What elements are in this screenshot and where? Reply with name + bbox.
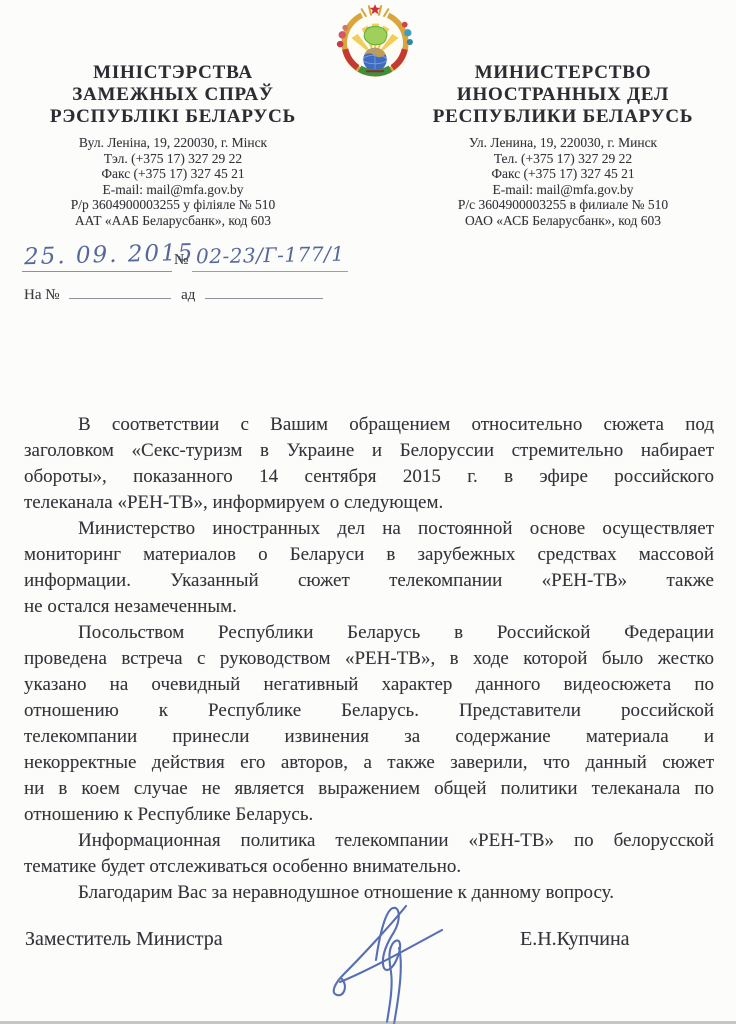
body-line: заголовком «Секс-туризм в Украине и Бело… [24,438,714,464]
form-underline [205,284,323,299]
body-line: ни в коем случае не является выражением … [24,776,714,802]
contact-line: Р/с 3604900003255 в филиале № 510 [404,197,722,213]
ministry-name-line: РЭСПУБЛІКІ БЕЛАРУСЬ [26,106,320,128]
contact-block: Ул. Ленина, 19, 220030, г. Минск Тел. (+… [404,135,722,229]
body-line: телекомпании принесли извинения за содер… [24,724,714,750]
body-line: телеканала «РЕН-ТВ», информируем о следу… [24,490,714,516]
body-line: некорректные действия его авторов, а так… [24,750,714,776]
contact-block: Вул. Леніна, 19, 220030, г. Мінск Тэл. (… [26,135,320,229]
form-underline [69,284,171,299]
ministry-name-line: МИНИСТЕРСТВО [404,62,722,84]
from-label: ад [181,287,195,303]
body-line: В соответствии с Вашим обращением относи… [24,412,714,438]
body-line: мониторинг материалов о Беларуси в заруб… [24,542,714,568]
letter-body: В соответствии с Вашим обращением относи… [24,412,714,906]
body-line: проведена встреча с руководством «РЕН-ТВ… [24,646,714,672]
contact-line: Ул. Ленина, 19, 220030, г. Минск [404,135,722,151]
number-sign-label: № [174,252,188,269]
contact-line: Вул. Леніна, 19, 220030, г. Мінск [26,135,320,151]
reference-block: 25. 09. 2015 № 02-23/Г-177/1 На № ад [24,240,364,310]
body-line: Посольством Республики Беларусь в Россий… [24,620,714,646]
signoff-name: Е.Н.Купчина [520,928,630,951]
scanned-letter-page: МІНІСТЭРСТВА ЗАМЕЖНЫХ СПРАЎ РЭСПУБЛІКІ Б… [0,0,736,1024]
body-line: Министерство иностранных дел на постоянн… [24,516,714,542]
letterhead-right: МИНИСТЕРСТВО ИНОСТРАННЫХ ДЕЛ РЕСПУБЛИКИ … [404,62,722,229]
body-paragraph: Министерство иностранных дел на постоянн… [24,516,714,620]
ministry-name-line: МІНІСТЭРСТВА [26,62,320,84]
body-line: тематике будет отслеживаться особенно вн… [24,854,714,880]
body-line: обороты», показанного 14 сентября 2015 г… [24,464,714,490]
letterhead-left: МІНІСТЭРСТВА ЗАМЕЖНЫХ СПРАЎ РЭСПУБЛІКІ Б… [26,62,320,229]
contact-line: Р/р 3604900003255 у філіяле № 510 [26,197,320,213]
handwritten-signature-icon [320,896,452,1024]
contact-line: E-mail: mail@mfa.gov.by [26,182,320,198]
contact-line: Тэл. (+375 17) 327 29 22 [26,151,320,167]
contact-line: Тел. (+375 17) 327 29 22 [404,151,722,167]
contact-line: E-mail: mail@mfa.gov.by [404,182,722,198]
ministry-name-line: РЕСПУБЛИКИ БЕЛАРУСЬ [404,106,722,128]
handwritten-doc-number: 02-23/Г-177/1 [196,242,345,269]
body-line: Информационная политика телекомпании «РЕ… [24,828,714,854]
incoming-reference-line: На № ад [24,284,323,304]
body-paragraph: Посольством Республики Беларусь в Россий… [24,620,714,828]
form-underline [22,271,172,272]
signoff-position: Заместитель Министра [25,928,223,951]
body-line: указано на очевидный негативный характер… [24,672,714,698]
handwritten-date: 25. 09. 2015 [24,240,195,270]
contact-line: ААТ «ААБ Беларусбанк», код 603 [26,213,320,229]
contact-line: Факс (+375 17) 327 45 21 [404,166,722,182]
body-paragraph: Информационная политика телекомпании «РЕ… [24,828,714,880]
body-paragraph: В соответствии с Вашим обращением относи… [24,412,714,516]
contact-line: ОАО «АСБ Беларусбанк», код 603 [404,213,722,229]
body-line: отношению к Республике Беларусь. [24,802,714,828]
ministry-name-line: ИНОСТРАННЫХ ДЕЛ [404,84,722,106]
contact-line: Факс (+375 17) 327 45 21 [26,166,320,182]
ministry-name-line: ЗАМЕЖНЫХ СПРАЎ [26,84,320,106]
incoming-label: На № [24,287,60,303]
body-line: отношению к Республике Беларусь. Предста… [24,698,714,724]
body-line: информации. Указанный сюжет телекомпании… [24,568,714,594]
form-underline [192,271,348,272]
body-line: не остался незамеченным. [24,594,714,620]
